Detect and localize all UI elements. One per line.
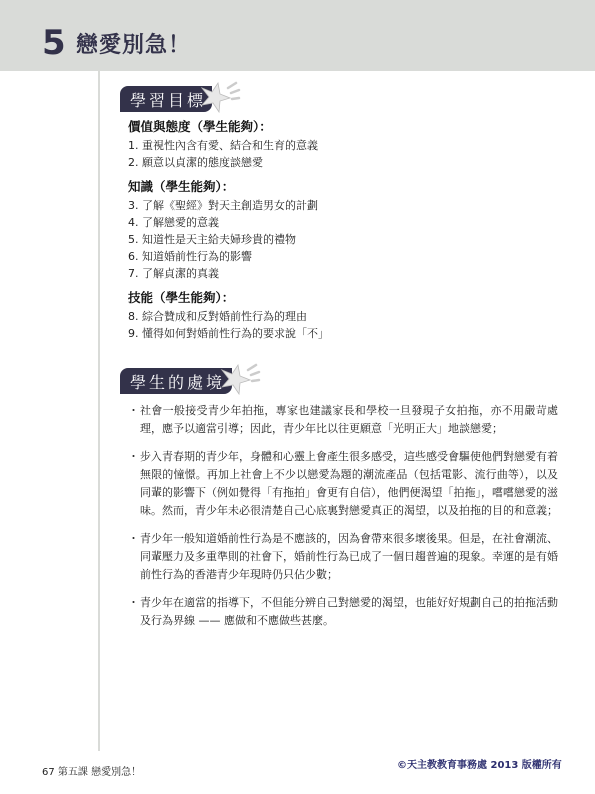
objective-group-knowledge: 知識（學生能夠）： 3. 了解《聖經》對天主創造男女的計劃 4. 了解戀愛的意義… xyxy=(128,178,528,282)
objective-item: 7. 了解貞潔的真義 xyxy=(128,265,528,282)
bullet-icon: ・ xyxy=(128,594,139,612)
objective-item: 9. 懂得如何對婚前性行為的要求說「不」 xyxy=(128,325,528,342)
situation-item: ・ 青少年一般知道婚前性行為是不應該的，因為會帶來很多壞後果。但是，在社會潮流、… xyxy=(128,530,558,584)
objective-item: 4. 了解戀愛的意義 xyxy=(128,214,528,231)
chapter-header-band: 5 戀愛別急！ xyxy=(0,0,595,71)
objective-item: 1. 重視性內含有愛、結合和生育的意義 xyxy=(128,137,528,154)
situation-text: 社會一般接受青少年拍拖，專家也建議家長和學校一旦發現子女拍拖，亦不用嚴苛處理，應… xyxy=(140,404,558,435)
bullet-icon: ・ xyxy=(128,530,139,548)
situation-item: ・ 社會一般接受青少年拍拖，專家也建議家長和學校一旦發現子女拍拖，亦不用嚴苛處理… xyxy=(128,402,558,438)
page-number: 67 xyxy=(42,767,55,778)
chapter-number: 5 xyxy=(42,26,66,60)
objective-group-title: 技能（學生能夠）： xyxy=(128,289,528,307)
margin-rule xyxy=(98,71,100,751)
objectives-section-tab: 學習目標 xyxy=(120,86,212,112)
objective-group-title: 價值與態度（學生能夠）： xyxy=(128,118,528,136)
situation-text: 青少年一般知道婚前性行為是不應該的，因為會帶來很多壞後果。但是，在社會潮流、同輩… xyxy=(140,532,558,581)
objective-item: 3. 了解《聖經》對天主創造男女的計劃 xyxy=(128,197,528,214)
student-situation-list: ・ 社會一般接受青少年拍拖，專家也建議家長和學校一旦發現子女拍拖，亦不用嚴苛處理… xyxy=(128,402,558,640)
objective-group-values: 價值與態度（學生能夠）： 1. 重視性內含有愛、結合和生育的意義 2. 願意以貞… xyxy=(128,118,528,171)
situation-section-tab: 學生的處境 xyxy=(120,368,232,394)
lesson-label: 第五課 戀愛別急！ xyxy=(58,767,141,778)
objective-group-skills: 技能（學生能夠）： 8. 綜合贊成和反對婚前性行為的理由 9. 懂得如何對婚前性… xyxy=(128,289,528,342)
situation-item: ・ 步入青春期的青少年，身體和心靈上會產生很多感受，這些感受會驅使他們對戀愛有着… xyxy=(128,448,558,520)
star-icon xyxy=(198,80,242,116)
objective-item: 6. 知道婚前性行為的影響 xyxy=(128,248,528,265)
page-footer: 67 第五課 戀愛別急！ xyxy=(42,763,141,778)
situation-text: 青少年在適當的指導下，不但能分辨自己對戀愛的渴望，也能好好規劃自己的拍拖活動及行… xyxy=(140,596,558,627)
bullet-icon: ・ xyxy=(128,448,139,466)
copyright-notice: ©天主教教育事務處 2013 版權所有 xyxy=(397,756,562,771)
situation-text: 步入青春期的青少年，身體和心靈上會產生很多感受，這些感受會驅使他們對戀愛有着無限… xyxy=(140,450,558,517)
objective-item: 5. 知道性是天主給夫婦珍貴的禮物 xyxy=(128,231,528,248)
situation-tab-label: 學生的處境 xyxy=(120,370,225,393)
bullet-icon: ・ xyxy=(128,402,139,420)
objective-item: 8. 綜合贊成和反對婚前性行為的理由 xyxy=(128,308,528,325)
star-icon xyxy=(218,362,262,398)
situation-item: ・ 青少年在適當的指導下，不但能分辨自己對戀愛的渴望，也能好好規劃自己的拍拖活動… xyxy=(128,594,558,630)
objectives-tab-label: 學習目標 xyxy=(120,88,206,111)
objective-item: 2. 願意以貞潔的態度談戀愛 xyxy=(128,154,528,171)
objective-group-title: 知識（學生能夠）： xyxy=(128,178,528,196)
learning-objectives: 價值與態度（學生能夠）： 1. 重視性內含有愛、結合和生育的意義 2. 願意以貞… xyxy=(128,118,528,349)
chapter-title: 戀愛別急！ xyxy=(76,33,191,59)
